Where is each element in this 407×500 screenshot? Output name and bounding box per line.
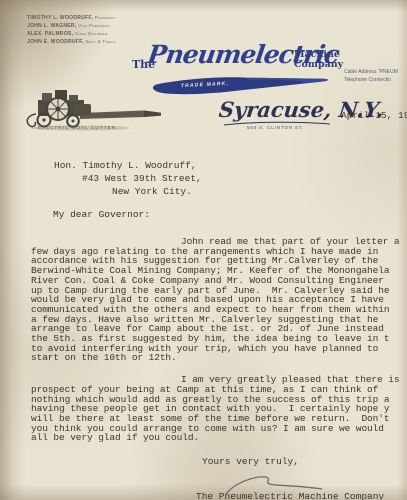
recipient-name: Hon. Timothy L. Woodruff,: [54, 159, 202, 172]
street-address: 565 S. CLINTON ST.: [247, 125, 304, 130]
logo-suffix-line2: Company: [294, 59, 343, 70]
closing: Yours very truly,: [202, 456, 299, 467]
officer-line: ALEX. PALMROS, Chief Engineer.: [27, 30, 117, 38]
officer-title: President.: [95, 15, 118, 20]
officer-name: JOHN L. WAGNER,: [27, 23, 77, 29]
officer-name: ALEX. PALMROS,: [27, 31, 73, 37]
contact-info: Cable Address "PNEUM Telephone Connectio: [344, 69, 407, 84]
body-line: start on the 10th or 12th.: [31, 353, 407, 363]
officer-title: Vice President.: [78, 23, 111, 28]
officer-name: JOHN E. WOODRUFF,: [27, 39, 84, 45]
officer-title: Chief Engineer.: [75, 31, 109, 36]
illustration-caption: ELECTRIC COAL CUTTER: [38, 125, 116, 130]
logo-suffix: Machine Company: [294, 50, 343, 70]
officer-line: JOHN L. WAGNER, Vice President.: [27, 22, 117, 30]
officer-line: TIMOTHY L. WOODRUFF, President.: [27, 14, 117, 22]
letter-scan-page: TIMOTHY L. WOODRUFF, President. JOHN L. …: [0, 0, 407, 500]
letter-body: John read me that part of your letter a …: [31, 237, 407, 443]
officer-name: TIMOTHY L. WOODRUFF,: [27, 15, 93, 21]
officer-title: Secy & Treas.: [85, 39, 116, 44]
recipient-city: New York City.: [112, 185, 202, 198]
cable-address-line: Cable Address "PNEUM: [344, 69, 407, 77]
telephone-line: Telephone Connectio: [344, 77, 407, 85]
company-signature-line: The Pneumelectric Machine Company: [196, 491, 384, 500]
recipient-street: #43 West 39th Street,: [82, 172, 202, 185]
officer-roster: TIMOTHY L. WOODRUFF, President. JOHN L. …: [27, 14, 117, 46]
recipient-block: Hon. Timothy L. Woodruff, #43 West 39th …: [54, 159, 202, 198]
date-line: April 15, 19: [341, 110, 407, 121]
officer-line: JOHN E. WOODRUFF, Secy & Treas.: [27, 38, 117, 46]
salutation: My dear Governor:: [53, 209, 150, 220]
body-line: all be very glad if you could.: [31, 433, 407, 443]
